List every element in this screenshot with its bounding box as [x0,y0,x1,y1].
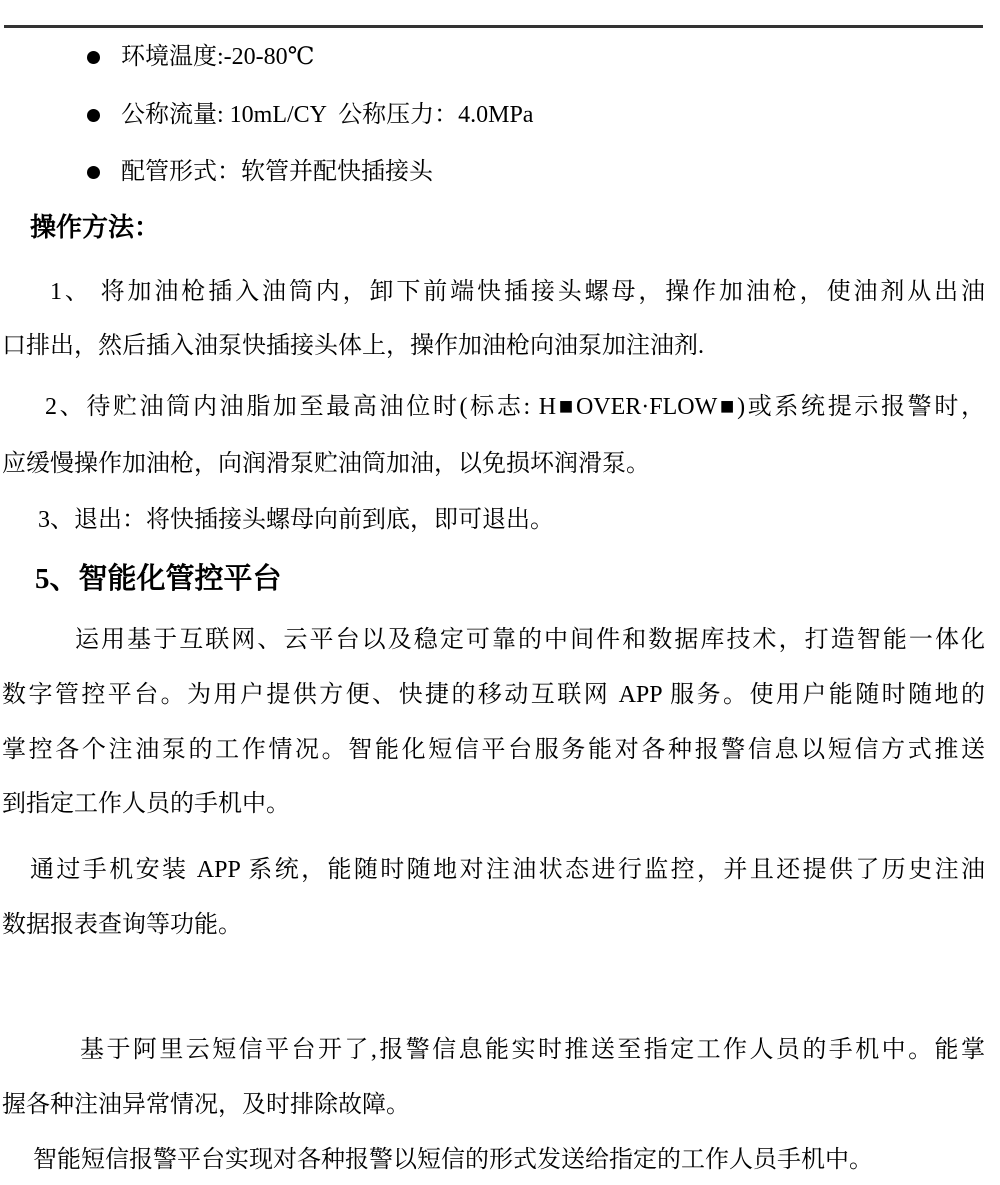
document-page: 环境温度:-20-80℃ 公称流量: 10mL/CY 公称压力：4.0MPa 配… [0,0,1000,1185]
spec-piping-text: 配管形式：软管并配快插接头 [121,156,433,188]
platform-intro-line2: 数字管控平台。为用户提供方便、快捷的移动互联网 APP 服务。使用户能随时随地的 [2,679,985,711]
platform-sms-line1: 基于阿里云短信平台开了,报警信息能实时推送至指定工作人员的手机中。能掌 [80,1034,985,1066]
operation-step1-line2: 口排出，然后插入油泵快插接头体上，操作加油枪向油泵加注油剂. [2,330,704,362]
operation-step2-line1: 2、待贮油筒内油脂加至最高油位时(标志: H■OVER·FLOW■)或系统提示报… [45,391,985,423]
platform-intro-line4: 到指定工作人员的手机中。 [2,788,290,820]
spec-bullet-piping: 配管形式：软管并配快插接头 [87,156,433,188]
operation-step1-line1: 1、 将加油枪插入油筒内，卸下前端快插接头螺母，操作加油枪，使油剂从出油 [50,276,985,308]
operation-methods-heading: 操作方法： [30,212,160,244]
platform-sms-summary: 智能短信报警平台实现对各种报警以短信的形式发送给指定的工作人员手机中。 [33,1144,873,1176]
top-border-rule [4,25,983,28]
platform-intro-line3: 掌控各个注油泵的工作情况。智能化短信平台服务能对各种报警信息以短信方式推送 [2,734,985,766]
operation-step2-line2: 应缓慢操作加油枪，向润滑泵贮油筒加油，以免损坏润滑泵。 [2,448,650,480]
spec-flow-pressure-text: 公称流量: 10mL/CY 公称压力：4.0MPa [121,99,533,131]
bullet-dot-icon [87,109,100,122]
smart-platform-heading: 5、智能化管控平台 [35,560,282,598]
platform-app-line1: 通过手机安装 APP 系统，能随时随地对注油状态进行监控，并且还提供了历史注油 [30,854,985,886]
bullet-dot-icon [87,166,100,179]
spec-bullet-temperature: 环境温度:-20-80℃ [87,41,315,73]
platform-sms-line2: 握各种注油异常情况，及时排除故障。 [2,1089,410,1121]
platform-app-line2: 数据报表查询等功能。 [2,909,242,941]
bullet-dot-icon [87,51,100,64]
spec-bullet-flow-pressure: 公称流量: 10mL/CY 公称压力：4.0MPa [87,99,533,131]
platform-intro-line1: 运用基于互联网、云平台以及稳定可靠的中间件和数据库技术，打造智能一体化 [75,624,985,656]
spec-temperature-text: 环境温度:-20-80℃ [121,41,315,73]
operation-step3: 3、退出：将快插接头螺母向前到底，即可退出。 [38,504,554,536]
